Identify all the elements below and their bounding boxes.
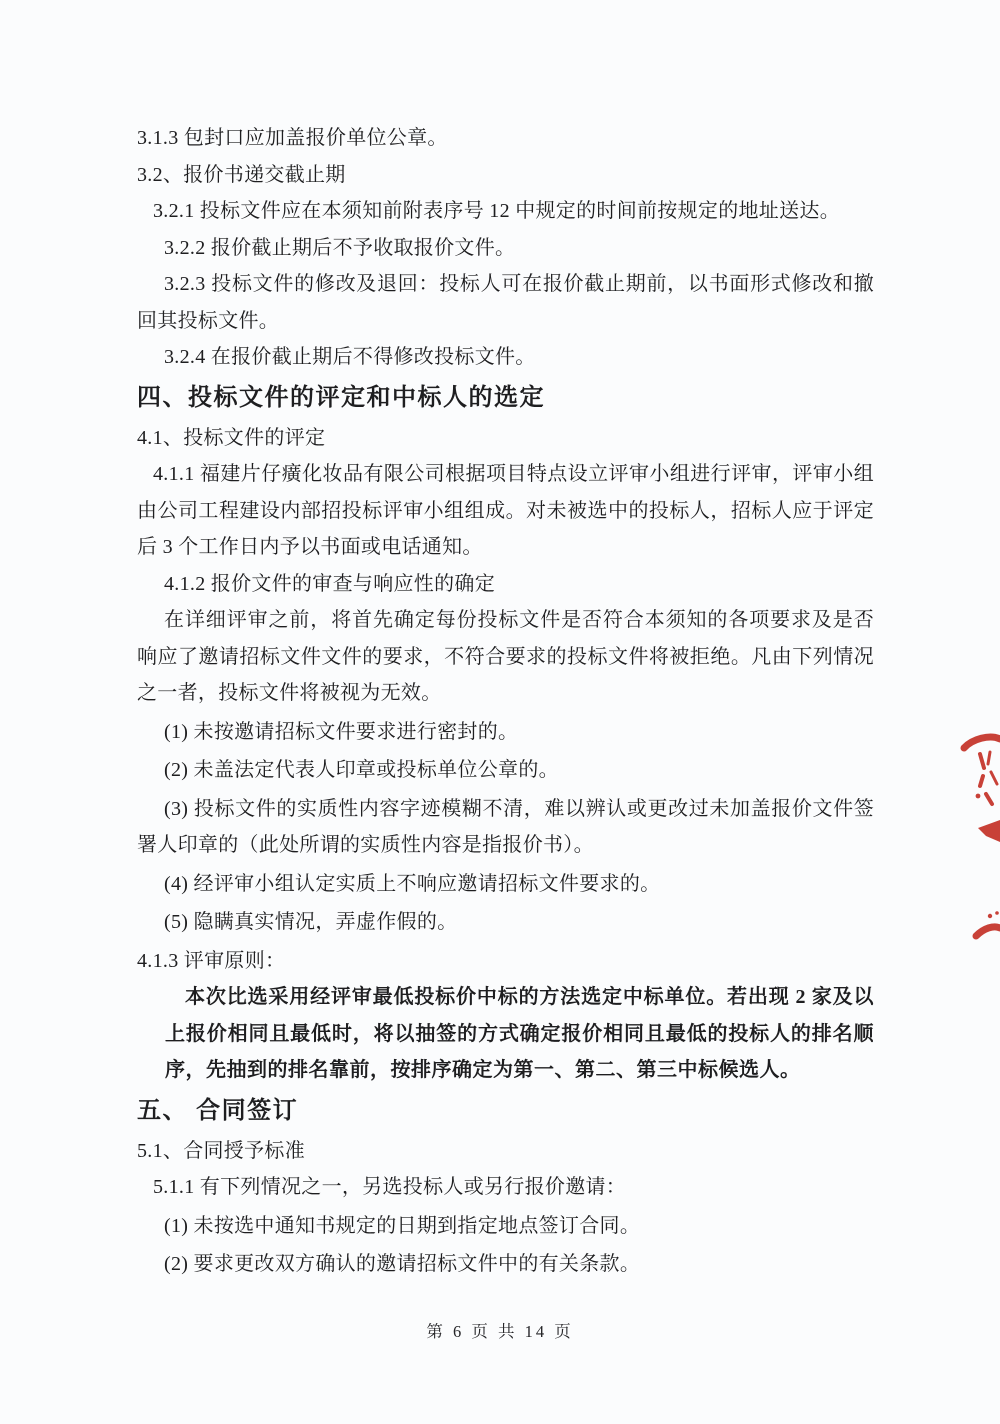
paragraph: 3.1.3 包封口应加盖报价单位公章。 xyxy=(137,120,874,157)
red-seal-fragment-icon xyxy=(950,720,1000,960)
document-page: 3.1.3 包封口应加盖报价单位公章。3.2、报价书递交截止期3.2.1 投标文… xyxy=(0,0,1000,1424)
paragraph: 4.1.1 福建片仔癀化妆品有限公司根据项目特点设立评审小组进行评审，评审小组由… xyxy=(137,456,874,566)
paragraph: (1) 未按选中通知书规定的日期到指定地点签订合同。 xyxy=(137,1208,874,1245)
paragraph: 3.2、报价书递交截止期 xyxy=(137,157,874,194)
paragraph: 4.1.2 报价文件的审查与响应性的确定 xyxy=(137,566,874,603)
paragraph: 3.2.3 投标文件的修改及退回：投标人可在报价截止期前，以书面形式修改和撤回其… xyxy=(137,266,874,339)
paragraph: 3.2.2 报价截止期后不予收取报价文件。 xyxy=(137,230,874,267)
paragraph: 在详细评审之前，将首先确定每份投标文件是否符合本须知的各项要求及是否响应了邀请招… xyxy=(137,602,874,712)
section-heading: 四、投标文件的评定和中标人的选定 xyxy=(137,378,874,418)
paragraph: (2) 要求更改双方确认的邀请招标文件中的有关条款。 xyxy=(137,1246,874,1283)
paragraph: 5.1、合同授予标准 xyxy=(137,1133,874,1170)
paragraph: (1) 未按邀请招标文件要求进行密封的。 xyxy=(137,714,874,751)
paragraph: (4) 经评审小组认定实质上不响应邀请招标文件要求的。 xyxy=(137,866,874,903)
paragraph: 4.1、投标文件的评定 xyxy=(137,420,874,457)
paragraph: (3) 投标文件的实质性内容字迹模糊不清，难以辨认或更改过未加盖报价文件签署人印… xyxy=(137,791,874,864)
section-heading: 五、 合同签订 xyxy=(137,1091,874,1131)
paragraph: 4.1.3 评审原则： xyxy=(137,943,874,980)
paragraph: (5) 隐瞒真实情况，弄虚作假的。 xyxy=(137,904,874,941)
paragraph: 5.1.1 有下列情况之一，另选投标人或另行报价邀请： xyxy=(137,1169,874,1206)
paragraph: 3.2.4 在报价截止期后不得修改投标文件。 xyxy=(137,339,874,376)
document-body: 3.1.3 包封口应加盖报价单位公章。3.2、报价书递交截止期3.2.1 投标文… xyxy=(137,120,874,1285)
page-number: 第 6 页 共 14 页 xyxy=(0,1318,1000,1342)
paragraph: 3.2.1 投标文件应在本须知前附表序号 12 中规定的时间前按规定的地址送达。 xyxy=(137,193,874,230)
paragraph: (2) 未盖法定代表人印章或投标单位公章的。 xyxy=(137,752,874,789)
paragraph: 本次比选采用经评审最低投标价中标的方法选定中标单位。若出现 2 家及以上报价相同… xyxy=(165,979,874,1089)
